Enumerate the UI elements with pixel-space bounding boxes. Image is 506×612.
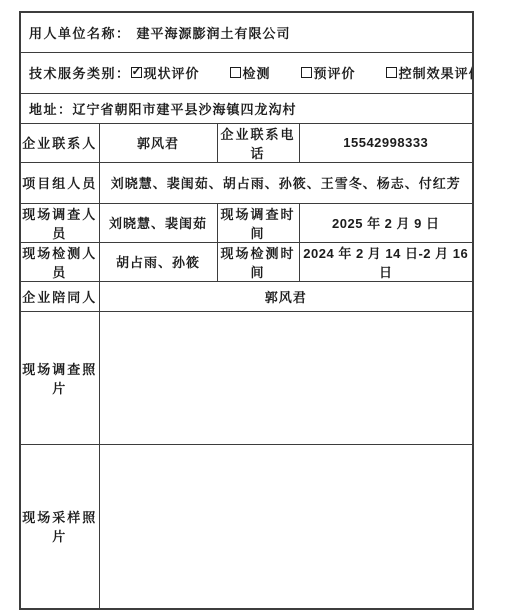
option-label-control-effect: 控制效果评价: [399, 63, 473, 82]
option-label-pre-evaluation: 预评价: [314, 63, 356, 82]
employer-name-cell: 用人单位名称：建平海源膨润土有限公司: [20, 12, 473, 52]
document-page: 用人单位名称：建平海源膨润土有限公司 技术服务类别：✓现状评价 检测 预评价: [0, 0, 506, 612]
checkbox-pre-evaluation[interactable]: [301, 67, 312, 78]
row-contact: 企业联系人 郭风君 企业联系电话 15542998333: [20, 123, 473, 162]
detection-personnel-label: 现场检测人员: [20, 242, 99, 281]
service-type-cell: 技术服务类别：✓现状评价 检测 预评价 控制效果评价: [20, 52, 473, 93]
escort-label: 企业陪同人: [20, 281, 99, 311]
address-cell: 地址：辽宁省朝阳市建平县沙海镇四龙沟村: [20, 93, 473, 123]
row-escort: 企业陪同人 郭风君: [20, 281, 473, 311]
survey-personnel-value: 刘晓慧、裴闺茹: [99, 203, 217, 242]
contact-phone-label: 企业联系电话: [217, 123, 299, 162]
option-label-status-evaluation: 现状评价: [144, 63, 200, 82]
info-table: 用人单位名称：建平海源膨润土有限公司 技术服务类别：✓现状评价 检测 预评价: [19, 11, 474, 610]
option-label-detection: 检测: [243, 63, 271, 82]
row-address: 地址：辽宁省朝阳市建平县沙海镇四龙沟村: [20, 93, 473, 123]
sampling-photos-label: 现场采样照片: [20, 444, 99, 609]
project-team-value: 刘晓慧、裴闺茹、胡占雨、孙筱、王雪冬、杨志、付红芳: [99, 162, 473, 203]
survey-personnel-label: 现场调查人员: [20, 203, 99, 242]
survey-time-value: 2025 年 2 月 9 日: [299, 203, 473, 242]
detection-time-label: 现场检测时间: [217, 242, 299, 281]
employer-name-label: 用人单位名称：: [29, 26, 131, 41]
checkbox-control-effect[interactable]: [386, 67, 397, 78]
row-survey-photos: 现场调查照片: [20, 311, 473, 444]
contact-phone-value: 15542998333: [299, 123, 473, 162]
address-value: 辽宁省朝阳市建平县沙海镇四龙沟村: [73, 102, 297, 117]
escort-value: 郭风君: [99, 281, 473, 311]
check-mark-icon: ✓: [132, 64, 142, 78]
row-project-team: 项目组人员 刘晓慧、裴闺茹、胡占雨、孙筱、王雪冬、杨志、付红芳: [20, 162, 473, 203]
survey-photos-area: [99, 311, 473, 444]
row-employer-name: 用人单位名称：建平海源膨润土有限公司: [20, 12, 473, 52]
option-control-effect: 控制效果评价: [386, 63, 473, 82]
row-service-type: 技术服务类别：✓现状评价 检测 预评价 控制效果评价: [20, 52, 473, 93]
contact-person-value: 郭风君: [99, 123, 217, 162]
checkbox-detection[interactable]: [230, 67, 241, 78]
option-pre-evaluation: 预评价: [301, 63, 356, 82]
survey-photos-label: 现场调查照片: [20, 311, 99, 444]
row-site-survey: 现场调查人员 刘晓慧、裴闺茹 现场调查时间 2025 年 2 月 9 日: [20, 203, 473, 242]
contact-person-label: 企业联系人: [20, 123, 99, 162]
service-type-label-wrap: 技术服务类别：✓现状评价: [29, 63, 200, 82]
detection-time-value: 2024 年 2 月 14 日-2 月 16 日: [299, 242, 473, 281]
row-site-detection: 现场检测人员 胡占雨、孙筱 现场检测时间 2024 年 2 月 14 日-2 月…: [20, 242, 473, 281]
survey-time-label: 现场调查时间: [217, 203, 299, 242]
sampling-photos-area: [99, 444, 473, 609]
row-sampling-photos: 现场采样照片: [20, 444, 473, 609]
service-type-label: 技术服务类别：: [29, 63, 131, 82]
address-label: 地址：: [29, 102, 73, 117]
option-detection: 检测: [230, 63, 271, 82]
employer-name-value: 建平海源膨润土有限公司: [137, 26, 291, 41]
project-team-label: 项目组人员: [20, 162, 99, 203]
checkbox-status-evaluation[interactable]: ✓: [131, 67, 142, 78]
detection-personnel-value: 胡占雨、孙筱: [99, 242, 217, 281]
